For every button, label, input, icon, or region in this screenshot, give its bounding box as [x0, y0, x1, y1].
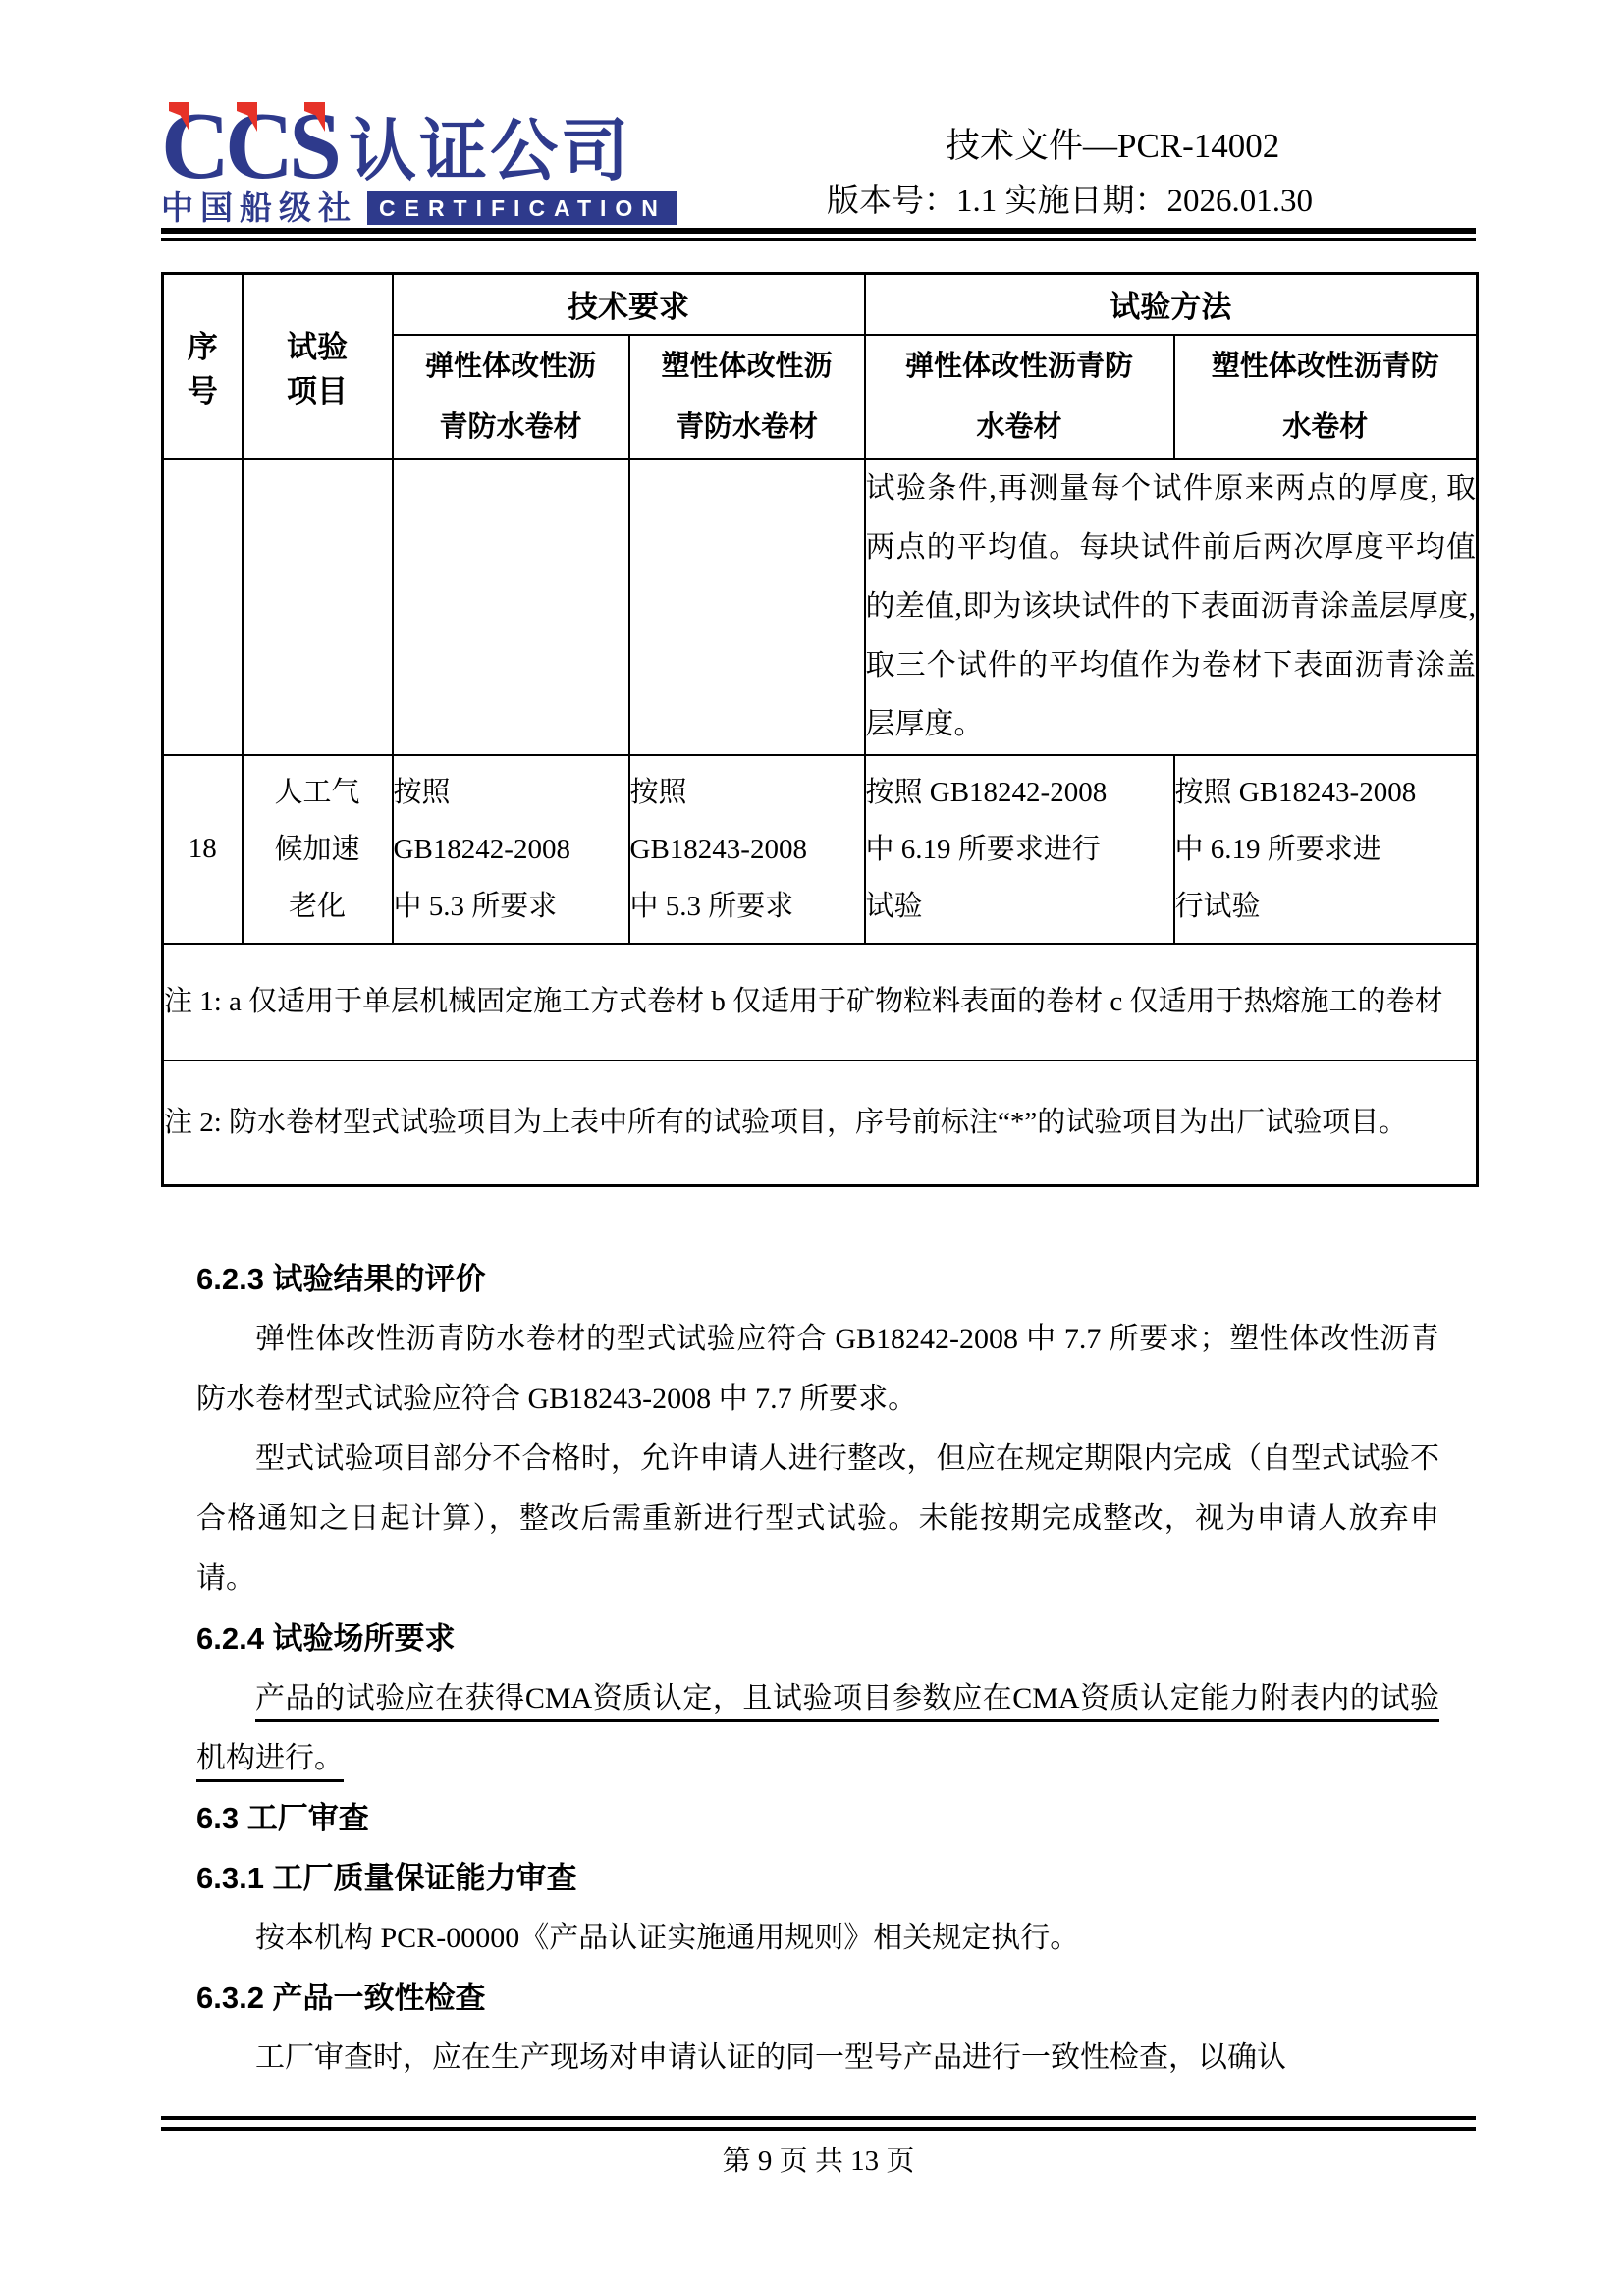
footer-rule-line-1 — [161, 2116, 1476, 2120]
col-header-test-item: 试验 项目 — [243, 274, 393, 459]
table-note-row-1: 注 1: a 仅适用于单层机械固定施工方式卷材 b 仅适用于矿物粒料表面的卷材 … — [163, 944, 1478, 1061]
cell-tech-req-plastomer: 按照 GB18243-2008 中 5.3 所要求 — [629, 755, 865, 944]
logo-company-name: 认证公司 — [349, 117, 631, 185]
table-row-continuation: 试验条件,再测量每个试件原来两点的厚度, 取两点的平均值。每块试件前后两次厚度平… — [163, 459, 1478, 755]
test-requirements-table: 序 号 试验 项目 技术要求 试验方法 弹性体改性沥 青防水卷材 塑性体改性沥 … — [161, 272, 1479, 1187]
subcol-method-plastomer: 塑性体改性沥青防 水卷材 — [1174, 335, 1478, 459]
table-header-row-groups: 序 号 试验 项目 技术要求 试验方法 — [163, 274, 1478, 335]
table-row-18: 18 人工气 候加速 老化 按照 GB18242-2008 中 5.3 所要求 … — [163, 755, 1478, 944]
col-header-seq-no: 序 号 — [163, 274, 243, 459]
logo-main-row: CCS 认证公司 — [161, 108, 677, 185]
subcol-tech-plastomer: 塑性体改性沥 青防水卷材 — [629, 335, 865, 459]
cell-item-empty — [243, 459, 393, 755]
col-group-technical-requirements: 技术要求 — [393, 274, 865, 335]
paragraph: 按本机构 PCR-00000《产品认证实施通用规则》相关规定执行。 — [196, 1908, 1439, 1968]
cell-method-elastomer: 按照 GB18242-2008 中 6.19 所要求进行 试验 — [865, 755, 1174, 944]
page-number: 第 9 页 共 13 页 — [161, 2139, 1476, 2184]
header-rule-thin-line — [161, 238, 1476, 241]
cell-test-item: 人工气 候加速 老化 — [243, 755, 393, 944]
header-rule-thick-line — [161, 228, 1476, 234]
subcol-method-elastomer: 弹性体改性沥青防 水卷材 — [865, 335, 1174, 459]
header-logo: CCS 认证公司 中国船级社 CERTIFICATION — [161, 108, 677, 225]
cell-method-plastomer: 按照 GB18243-2008 中 6.19 所要求进 行试验 — [1174, 755, 1478, 944]
cell-method-continued-text: 试验条件,再测量每个试件原来两点的厚度, 取两点的平均值。每块试件前后两次厚度平… — [865, 459, 1478, 755]
underlined-paragraph: 产品的试验应在获得CMA资质认定，且试验项目参数应在CMA资质认定能力附表内的试… — [196, 1668, 1439, 1788]
paragraph: 弹性体改性沥青防水卷材的型式试验应符合 GB18242-2008 中 7.7 所… — [196, 1309, 1439, 1429]
cell-tech-req-elastomer: 按照 GB18242-2008 中 5.3 所要求 — [393, 755, 629, 944]
document-page: CCS 认证公司 中国船级社 CERTIFICATION 技术文件—PCR-14… — [0, 0, 1624, 2285]
section-heading-6-2-3: 6.2.3 试验结果的评价 — [196, 1249, 1439, 1309]
section-heading-6-3: 6.3 工厂审查 — [196, 1788, 1439, 1848]
header-rule — [161, 228, 1476, 241]
table-note-row-2: 注 2: 防水卷材型式试验项目为上表中所有的试验项目，序号前标注“*”的试验项目… — [163, 1061, 1478, 1186]
cell-seq-empty — [163, 459, 243, 755]
paragraph: 型式试验项目部分不合格时，允许申请人进行整改，但应在规定期限内完成（自型式试验不… — [196, 1429, 1439, 1608]
cell-tech-p-empty — [629, 459, 865, 755]
logo-certification-badge: CERTIFICATION — [367, 191, 677, 225]
cell-tech-e-empty — [393, 459, 629, 755]
table-note-1: 注 1: a 仅适用于单层机械固定施工方式卷材 b 仅适用于矿物粒料表面的卷材 … — [163, 944, 1478, 1061]
subcol-tech-elastomer: 弹性体改性沥 青防水卷材 — [393, 335, 629, 459]
ccs-logo: CCS — [161, 108, 337, 185]
footer-rule-line-2 — [161, 2127, 1476, 2131]
footer-rule — [161, 2116, 1476, 2131]
paragraph: 工厂审查时，应在生产现场对申请认证的同一型号产品进行一致性检查，以确认 — [196, 2028, 1439, 2088]
body-sections: 6.2.3 试验结果的评价 弹性体改性沥青防水卷材的型式试验应符合 GB1824… — [196, 1249, 1439, 2088]
document-number: 技术文件—PCR-14002 — [946, 126, 1279, 167]
version-and-date: 版本号：1.1 实施日期：2026.01.30 — [827, 181, 1313, 222]
table-note-2: 注 2: 防水卷材型式试验项目为上表中所有的试验项目，序号前标注“*”的试验项目… — [163, 1061, 1478, 1186]
section-heading-6-3-2: 6.3.2 产品一致性检查 — [196, 1968, 1439, 2028]
col-group-test-method: 试验方法 — [865, 274, 1478, 335]
section-heading-6-2-4: 6.2.4 试验场所要求 — [196, 1608, 1439, 1668]
section-heading-6-3-1: 6.3.1 工厂质量保证能力审查 — [196, 1848, 1439, 1908]
cell-seq-no: 18 — [163, 755, 243, 944]
